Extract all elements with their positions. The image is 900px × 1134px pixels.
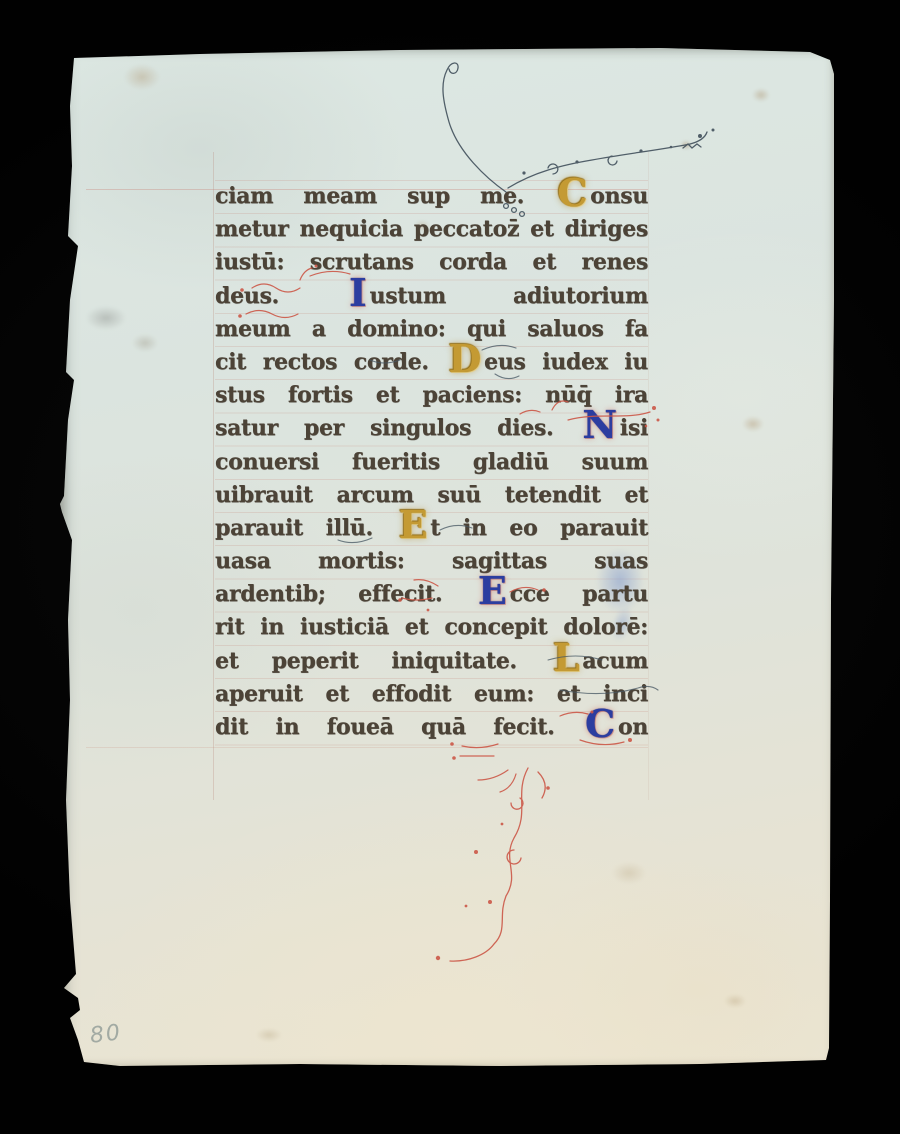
red-filigree [238, 265, 659, 793]
gold-initial-penwork [338, 345, 658, 693]
penwork-overlay [0, 0, 900, 1134]
photo-background: ciam meam sup me. Consumetur nequicia pe… [0, 0, 900, 1134]
bottom-red-flourish [436, 768, 550, 961]
top-ink-flourish [443, 63, 715, 216]
